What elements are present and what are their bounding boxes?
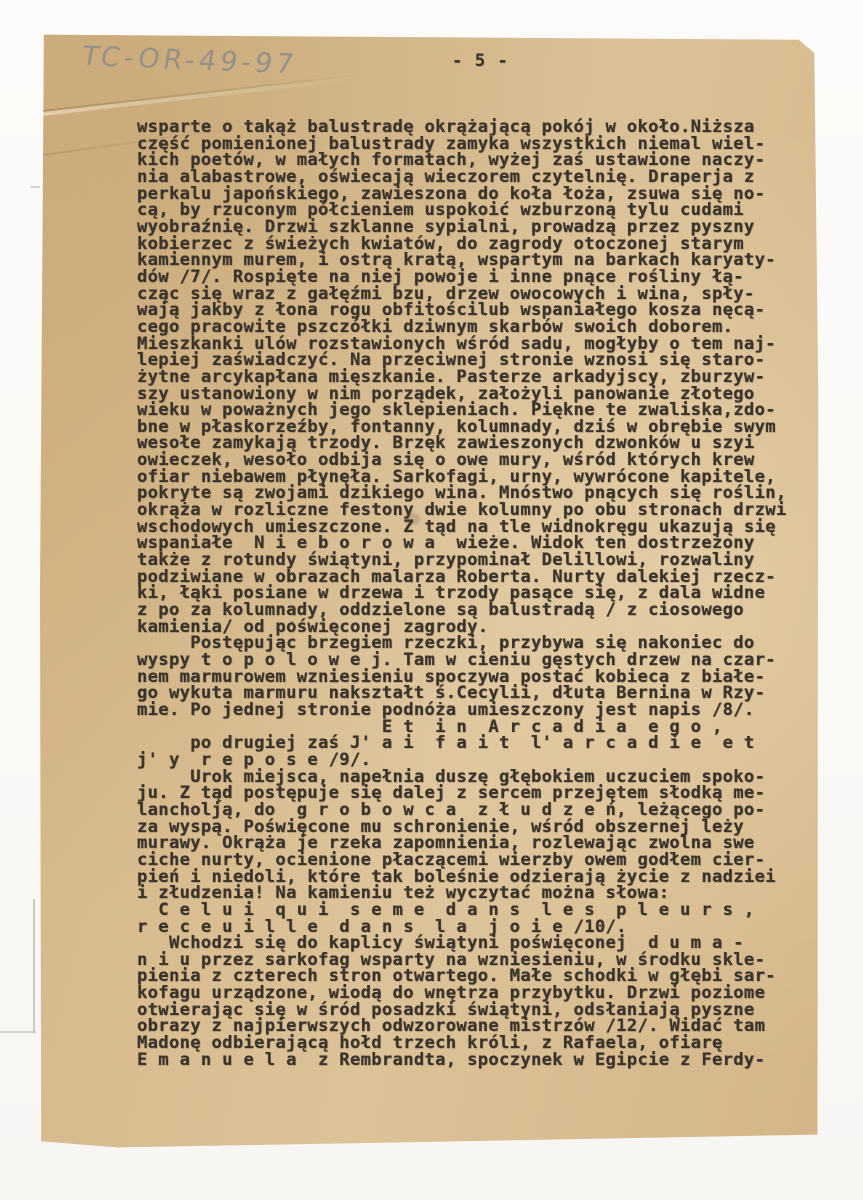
page-number: - 5 - [452, 51, 509, 71]
scanner-artifact-horizontal-line [0, 1031, 36, 1033]
paper-sheet: TC-OR-49-97 - 5 - wsparte o takąż balust… [40, 33, 819, 1148]
scanner-artifact-mark [30, 186, 40, 188]
pencil-shelfmark-annotation: TC-OR-49-97 [79, 41, 300, 80]
fold-crease-highlight [34, 76, 362, 117]
typewritten-text-block: wsparte o takąż balustradę okrążającą po… [137, 119, 787, 1068]
scanner-artifact-vertical-line [33, 899, 35, 1033]
